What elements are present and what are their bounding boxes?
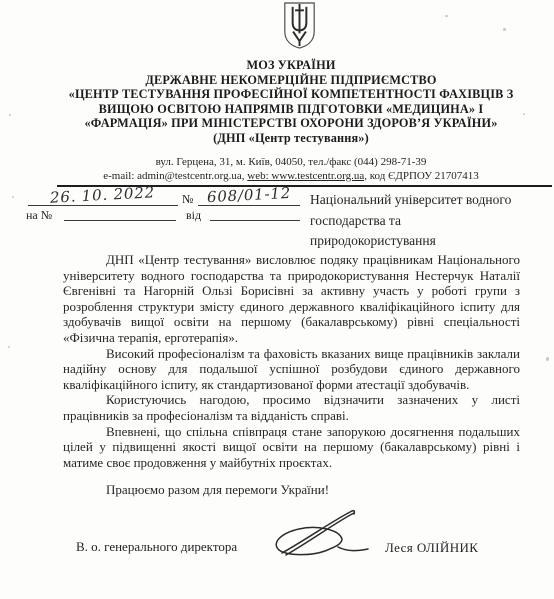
- signer-name: Леся ОЛІЙНИК: [385, 540, 478, 556]
- closing-slogan: Працюємо разом для перемоги України!: [63, 482, 520, 498]
- handwritten-ref-number: 608/01-12: [206, 184, 291, 206]
- email-text: e-mail: admin@testcentr.org.ua,: [103, 170, 247, 182]
- letter-body: ДНП «Центр тестування» висловлює подяку …: [63, 252, 520, 498]
- scan-speck: [523, 113, 525, 115]
- scan-speck: [12, 196, 14, 198]
- body-paragraph-gratitude: ДНП «Центр тестування» висловлює подяку …: [63, 252, 520, 346]
- letterhead-org-name: МОЗ УКРАЇНИ ДЕРЖАВНЕ НЕКОМЕРЦІЙНЕ ПІДПРИ…: [28, 58, 554, 146]
- handwritten-date: 26. 10. 2022: [50, 183, 156, 206]
- scan-speck: [546, 357, 549, 361]
- org-line-ministry: МОЗ УКРАЇНИ: [28, 58, 554, 73]
- address-line: вул. Герцена, 31, м. Київ, 04050, тел./ф…: [28, 156, 554, 170]
- scan-speck: [503, 28, 506, 31]
- date-blank-line: 26. 10. 2022: [28, 187, 178, 206]
- handwritten-signature: [262, 508, 372, 560]
- website-text: web: www.testcentr.org.ua,: [247, 170, 367, 182]
- letterhead-contacts: вул. Герцена, 31, м. Київ, 04050, тел./ф…: [28, 156, 554, 183]
- number-blank-line: 608/01-12: [198, 187, 300, 206]
- org-line-short-name: (ДНП «Центр тестування»): [28, 131, 554, 146]
- recipient-line: природокористування: [310, 231, 525, 252]
- scan-speck: [445, 15, 448, 17]
- reply-to-number-label: на №: [26, 208, 52, 223]
- body-paragraph-request: Користуючись нагодою, просимо відзначити…: [63, 392, 520, 423]
- contact-line: e-mail: admin@testcentr.org.ua, web: www…: [28, 170, 554, 184]
- body-paragraph-confidence: Впевнені, що спільна співпраця стане зап…: [63, 424, 520, 471]
- scan-speck: [9, 114, 11, 116]
- body-paragraph-professionalism: Високий професіоналізм та фаховість вказ…: [63, 346, 520, 393]
- org-line-center-3: «ФАРМАЦІЯ» ПРИ МІНІСТЕРСТВІ ОХОРОНИ ЗДОР…: [28, 116, 554, 131]
- reply-number-blank-line: [64, 207, 176, 221]
- reply-date-blank-line: [210, 207, 300, 221]
- org-line-center-2: ВИЩОЮ ОСВІТОЮ НАПРЯМІВ ПІДГОТОВКИ «МЕДИЦ…: [28, 102, 554, 117]
- edrpou-code-text: код ЄДРПОУ 21707413: [367, 170, 479, 182]
- ukraine-trident-icon: [281, 2, 318, 49]
- recipient-line: Національний університет водного: [310, 190, 525, 211]
- signer-position-title: В. о. генерального директора: [76, 539, 237, 555]
- number-sign-label: №: [182, 192, 193, 207]
- reference-block: 26. 10. 2022 № 608/01-12 на № від: [22, 187, 314, 229]
- letter-page: МОЗ УКРАЇНИ ДЕРЖАВНЕ НЕКОМЕРЦІЙНЕ ПІДПРИ…: [0, 0, 554, 599]
- scan-speck: [8, 346, 10, 348]
- org-line-enterprise: ДЕРЖАВНЕ НЕКОМЕРЦІЙНЕ ПІДПРИЄМСТВО: [28, 73, 554, 88]
- recipient-line: господарства та: [310, 211, 525, 232]
- recipient-block: Національний університет водного господа…: [310, 190, 525, 252]
- reply-date-label: від: [186, 208, 201, 223]
- org-line-center-1: «ЦЕНТР ТЕСТУВАННЯ ПРОФЕСІЙНОЇ КОМПЕТЕНТН…: [28, 87, 554, 102]
